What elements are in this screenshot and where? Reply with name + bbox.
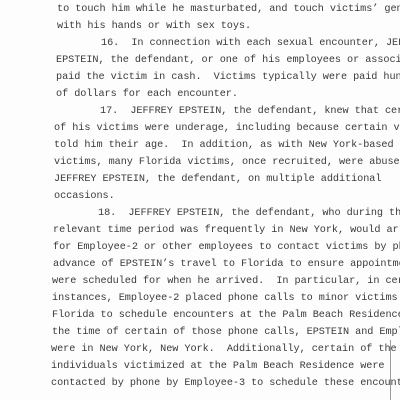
text-line: paid the victim in cash. Victims typical…: [56, 72, 400, 83]
text-line: of his victims were underage, including …: [54, 123, 400, 134]
text-line: the time of certain of those phone calls…: [52, 327, 400, 338]
text-line: victims, many Florida victims, once recr…: [54, 157, 400, 168]
text-line: were in New York, New York. Additionally…: [51, 344, 397, 355]
text-line: to touch him while he masturbated, and t…: [57, 4, 400, 15]
text-line: relevant time period was frequently in N…: [53, 225, 400, 236]
text-line: EPSTEIN, the defendant, or one of his em…: [56, 55, 400, 66]
scan-edge-line: [390, 340, 391, 400]
text-line: told him their age. In addition, as with…: [54, 140, 394, 151]
text-line: advance of EPSTEIN’s travel to Florida t…: [53, 259, 400, 270]
text-line: were scheduled for when he arrived. In p…: [52, 276, 400, 287]
paragraph-18-start: 18. JEFFREY EPSTEIN, the defendant, who …: [98, 208, 400, 219]
text-line: for Employee-2 or other employees to con…: [53, 242, 400, 253]
text-line: of dollars for each encounter.: [56, 89, 238, 100]
paragraph-17-start: 17. JEFFREY EPSTEIN, the defendant, knew…: [100, 106, 400, 117]
text-line: contacted by phone by Employee-3 to sche…: [51, 378, 400, 389]
text-line: JEFFREY EPSTEIN, the defendant, on multi…: [54, 174, 381, 185]
text-line: Florida to schedule encounters at the Pa…: [52, 310, 400, 321]
text-line: instances, Employee-2 placed phone calls…: [52, 293, 400, 304]
document-page: to touch him while he masturbated, and t…: [0, 0, 400, 400]
text-line: occasions.: [54, 191, 115, 202]
paragraph-16-start: 16. In connection with each sexual encou…: [101, 38, 400, 49]
text-line: individuals victimized at the Palm Beach…: [51, 361, 385, 372]
text-line: with his hands or with sex toys.: [57, 21, 251, 32]
